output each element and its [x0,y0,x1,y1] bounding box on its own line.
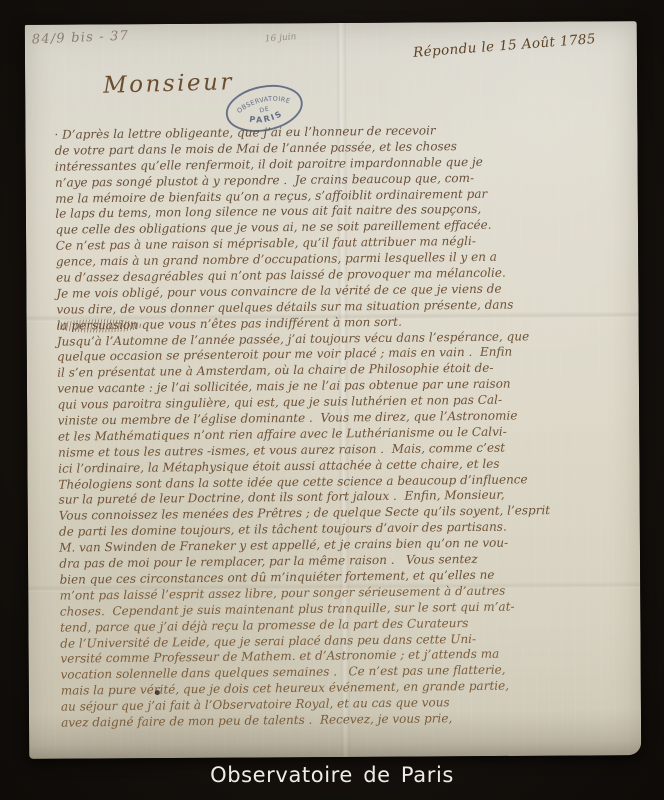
letter-page: 84/9 bis - 37 16 juin Répondu le 15 Août… [25,21,641,759]
photo-caption: Observatoire de Paris [0,763,664,787]
pencil-date-note: 16 juin [265,32,297,44]
paper-speck [155,690,160,695]
salutation: Monsieur [103,69,234,99]
reply-annotation: Répondu le 15 Août 1785 [413,31,597,61]
ink-overwrite-blot [56,319,142,333]
scan-background: 84/9 bis - 37 16 juin Répondu le 15 Août… [0,0,664,800]
archival-number: 84/9 bis - 37 [32,29,130,48]
letter-body: · D’après la lettre obligeante, que j’ai… [54,121,639,731]
